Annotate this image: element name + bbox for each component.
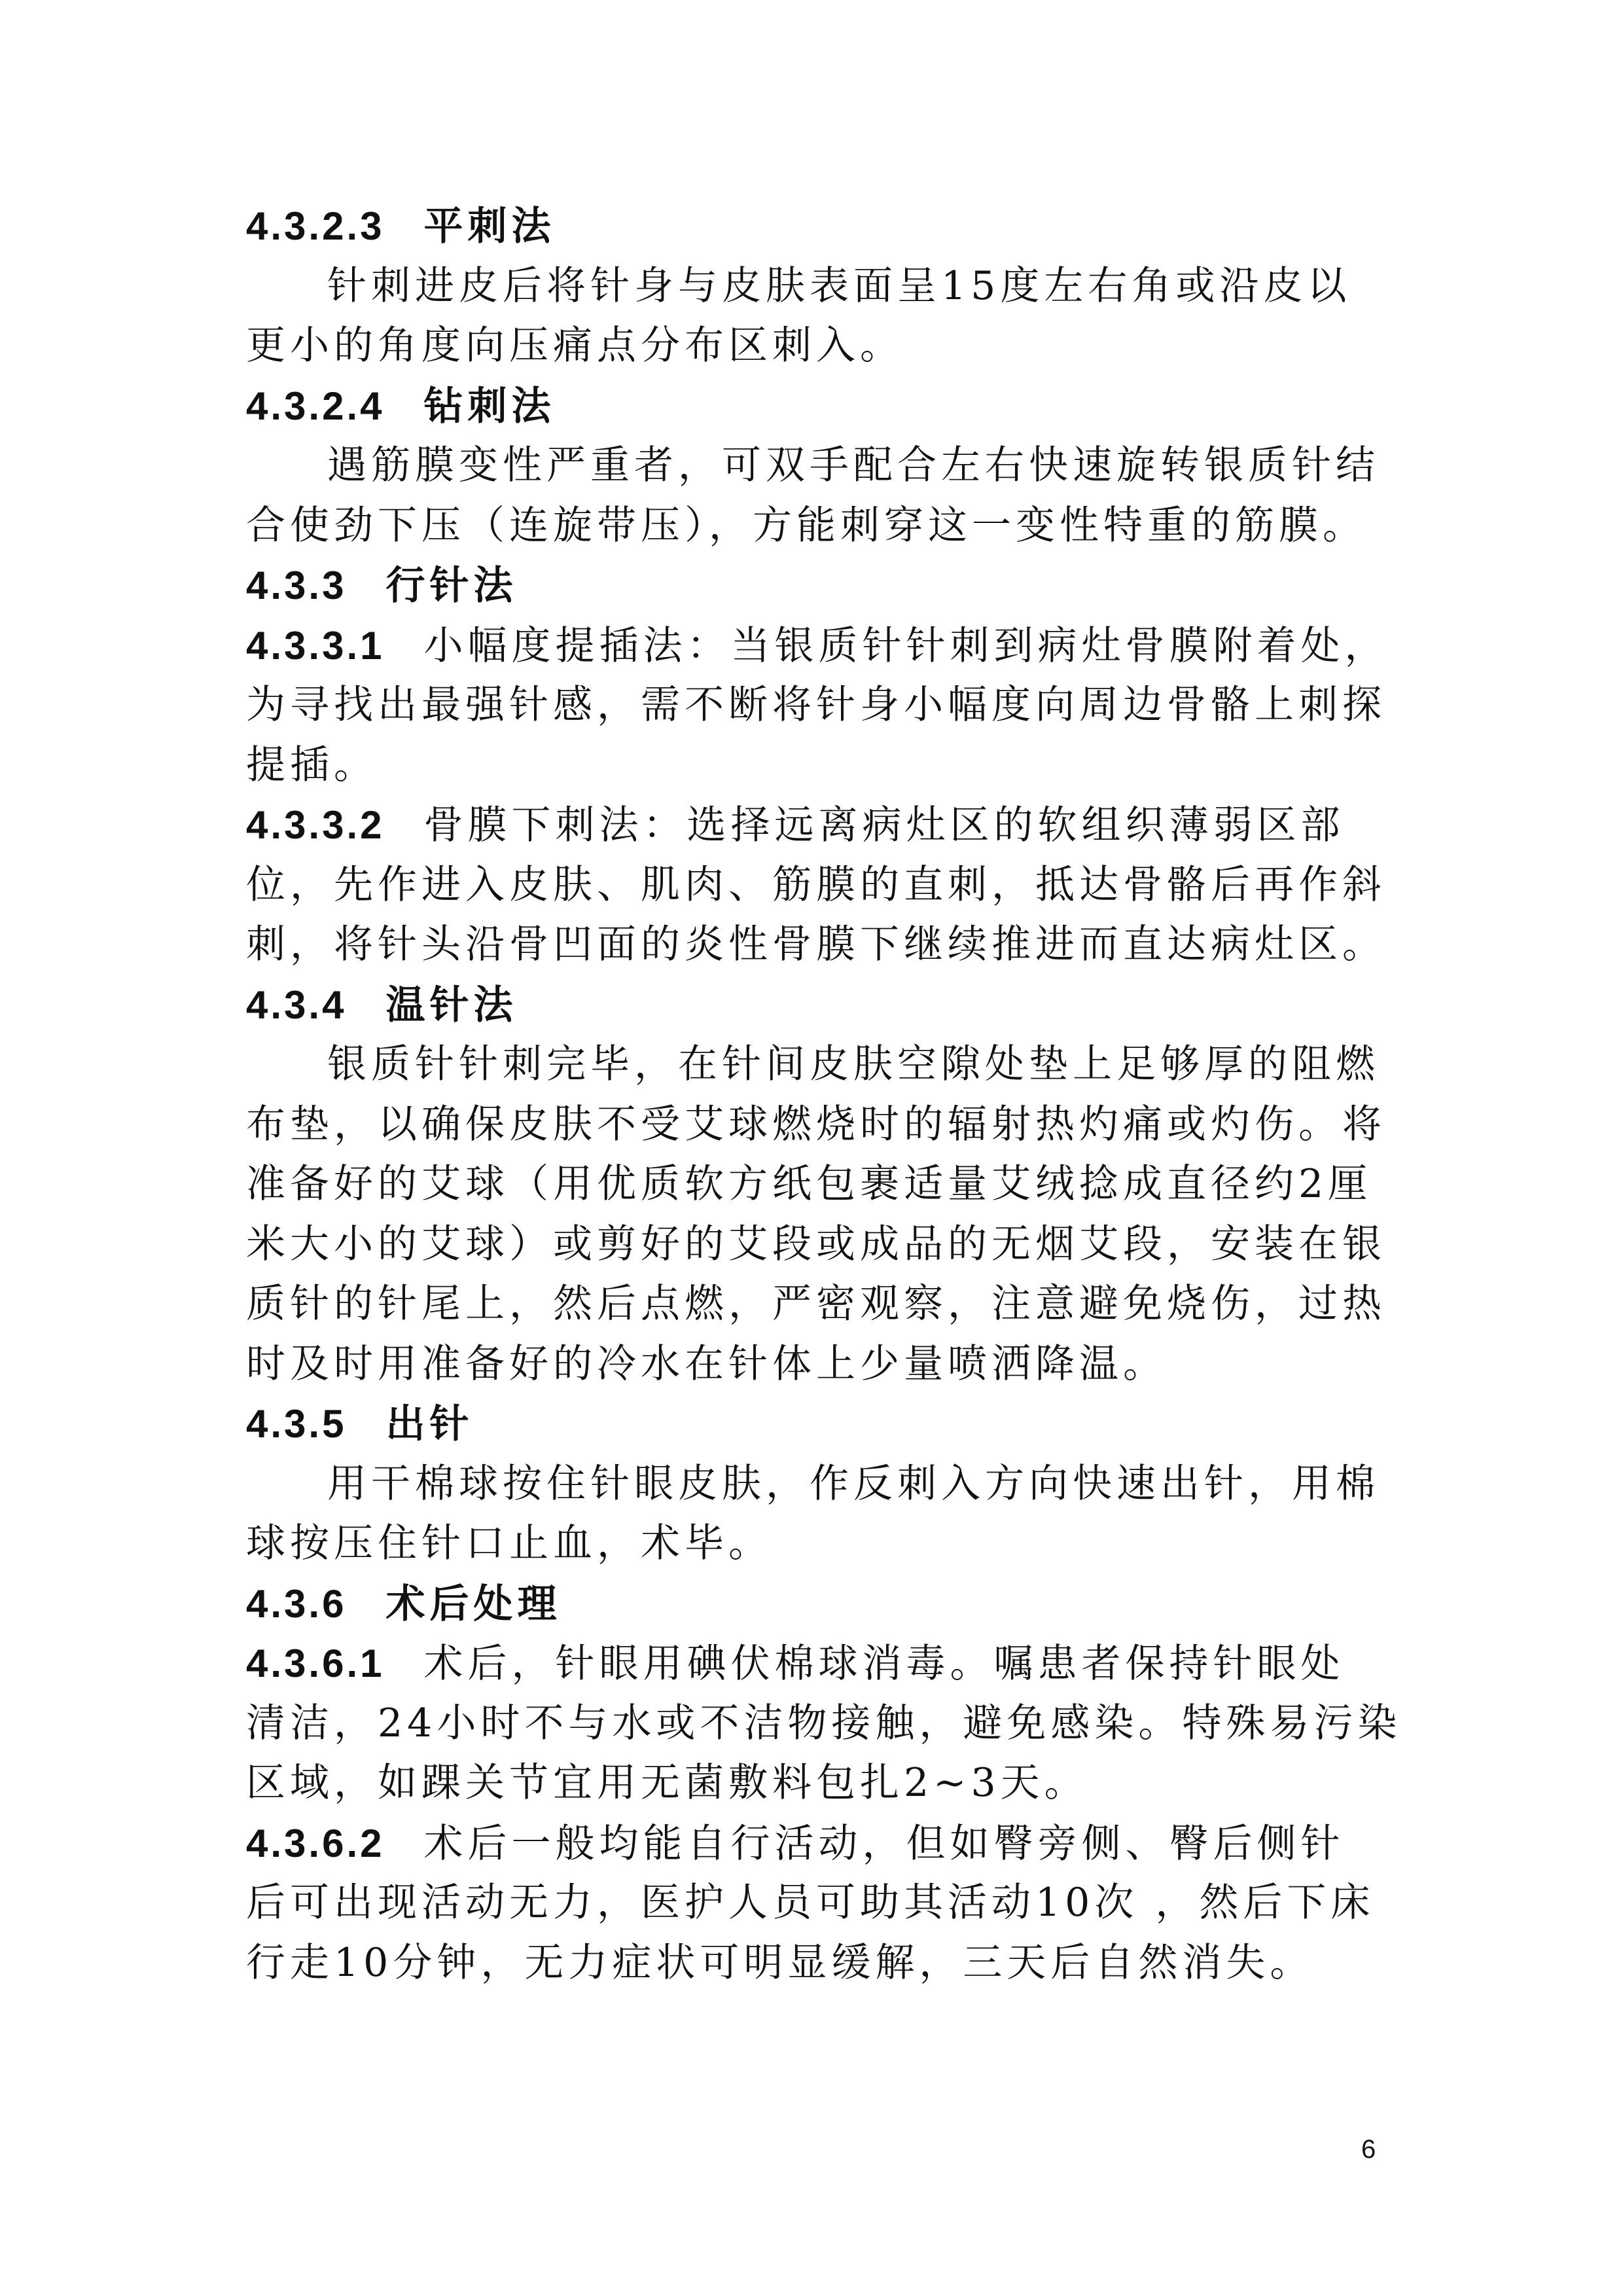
section-title: 平刺法 — [424, 204, 556, 249]
lead-text: 骨膜下刺法：选择远离病灶区的软组织薄弱区部 — [424, 802, 1345, 848]
section-title: 温针法 — [385, 982, 517, 1028]
body-line: 准备好的艾球（用优质软方纸包裹适量艾绒捻成直径约2厘 — [246, 1155, 1385, 1215]
body-line: 米大小的艾球）或剪好的艾段或成品的无烟艾段，安装在银 — [246, 1215, 1385, 1275]
body-line: 刺，将针头沿骨凹面的炎性骨膜下继续推进而直达病灶区。 — [246, 915, 1385, 975]
body-line: 后可出现活动无力，医护人员可助其活动10次 ，然后下床 — [246, 1873, 1385, 1933]
section-title: 术后处理 — [385, 1581, 561, 1627]
subsection-lead: 4.3.6.1术后，针眼用碘伏棉球消毒。嘱患者保持针眼处 — [246, 1634, 1385, 1694]
body-line: 区域，如踝关节宜用无菌敷料包扎2~3天。 — [246, 1753, 1385, 1814]
body-line: 更小的角度向压痛点分布区刺入。 — [246, 316, 1385, 376]
section-heading: 4.3.5出针 — [246, 1394, 1385, 1454]
section-number: 4.3.3.2 — [246, 803, 385, 847]
lead-text: 术后，针眼用碘伏棉球消毒。嘱患者保持针眼处 — [424, 1641, 1345, 1687]
body-line: 球按压住针口止血，术毕。 — [246, 1514, 1385, 1574]
section-number: 4.3.3.1 — [246, 624, 385, 668]
section-heading: 4.3.4温针法 — [246, 975, 1385, 1035]
section-number: 4.3.5 — [246, 1402, 346, 1446]
section-title: 行针法 — [385, 563, 517, 609]
section-number: 4.3.6.2 — [246, 1821, 385, 1865]
body-line: 遇筋膜变性严重者，可双手配合左右快速旋转银质针结 — [246, 436, 1385, 496]
body-line: 为寻找出最强针感，需不断将针身小幅度向周边骨骼上刺探 — [246, 675, 1385, 736]
section-number: 4.3.3 — [246, 564, 346, 607]
section-title: 出针 — [385, 1401, 473, 1447]
section-heading: 4.3.3行针法 — [246, 556, 1385, 616]
section-heading: 4.3.2.4钻刺法 — [246, 376, 1385, 437]
lead-text: 小幅度提插法：当银质针针刺到病灶骨膜附着处， — [424, 623, 1389, 669]
body-line: 用干棉球按住针眼皮肤，作反刺入方向快速出针，用棉 — [246, 1454, 1385, 1515]
body-line: 位，先作进入皮肤、肌肉、筋膜的直刺，抵达骨骼后再作斜 — [246, 855, 1385, 916]
body-line: 针刺进皮后将针身与皮肤表面呈15度左右角或沿皮以 — [246, 257, 1385, 317]
page-number: 6 — [1361, 2135, 1376, 2164]
section-number: 4.3.2.4 — [246, 384, 385, 428]
body-line: 提插。 — [246, 736, 1385, 796]
body-line: 时及时用准备好的冷水在针体上少量喷洒降温。 — [246, 1335, 1385, 1395]
body-line: 行走10分钟，无力症状可明显缓解，三天后自然消失。 — [246, 1933, 1385, 1994]
body-line: 合使劲下压（连旋带压），方能刺穿这一变性特重的筋膜。 — [246, 496, 1385, 556]
lead-text: 术后一般均能自行活动，但如臀旁侧、臀后侧针 — [424, 1821, 1345, 1867]
subsection-lead: 4.3.6.2术后一般均能自行活动，但如臀旁侧、臀后侧针 — [246, 1814, 1385, 1874]
subsection-lead: 4.3.3.1小幅度提插法：当银质针针刺到病灶骨膜附着处， — [246, 616, 1385, 676]
section-heading: 4.3.6术后处理 — [246, 1574, 1385, 1634]
section-heading: 4.3.2.3平刺法 — [246, 196, 1385, 257]
body-line: 质针的针尾上，然后点燃，严密观察，注意避免烧伤，过热 — [246, 1274, 1385, 1335]
section-number: 4.3.6 — [246, 1582, 346, 1626]
section-number: 4.3.2.3 — [246, 204, 385, 248]
subsection-lead: 4.3.3.2骨膜下刺法：选择远离病灶区的软组织薄弱区部 — [246, 795, 1385, 855]
body-line: 银质针针刺完毕，在针间皮肤空隙处垫上足够厚的阻燃 — [246, 1035, 1385, 1095]
body-line: 清洁，24小时不与水或不洁物接触，避免感染。特殊易污染 — [246, 1694, 1385, 1754]
section-number: 4.3.4 — [246, 983, 346, 1027]
section-number: 4.3.6.1 — [246, 1641, 385, 1685]
section-title: 钻刺法 — [424, 384, 556, 429]
body-line: 布垫，以确保皮肤不受艾球燃烧时的辐射热灼痛或灼伤。将 — [246, 1095, 1385, 1155]
document-page: 4.3.2.3平刺法 针刺进皮后将针身与皮肤表面呈15度左右角或沿皮以 更小的角… — [246, 196, 1385, 1993]
